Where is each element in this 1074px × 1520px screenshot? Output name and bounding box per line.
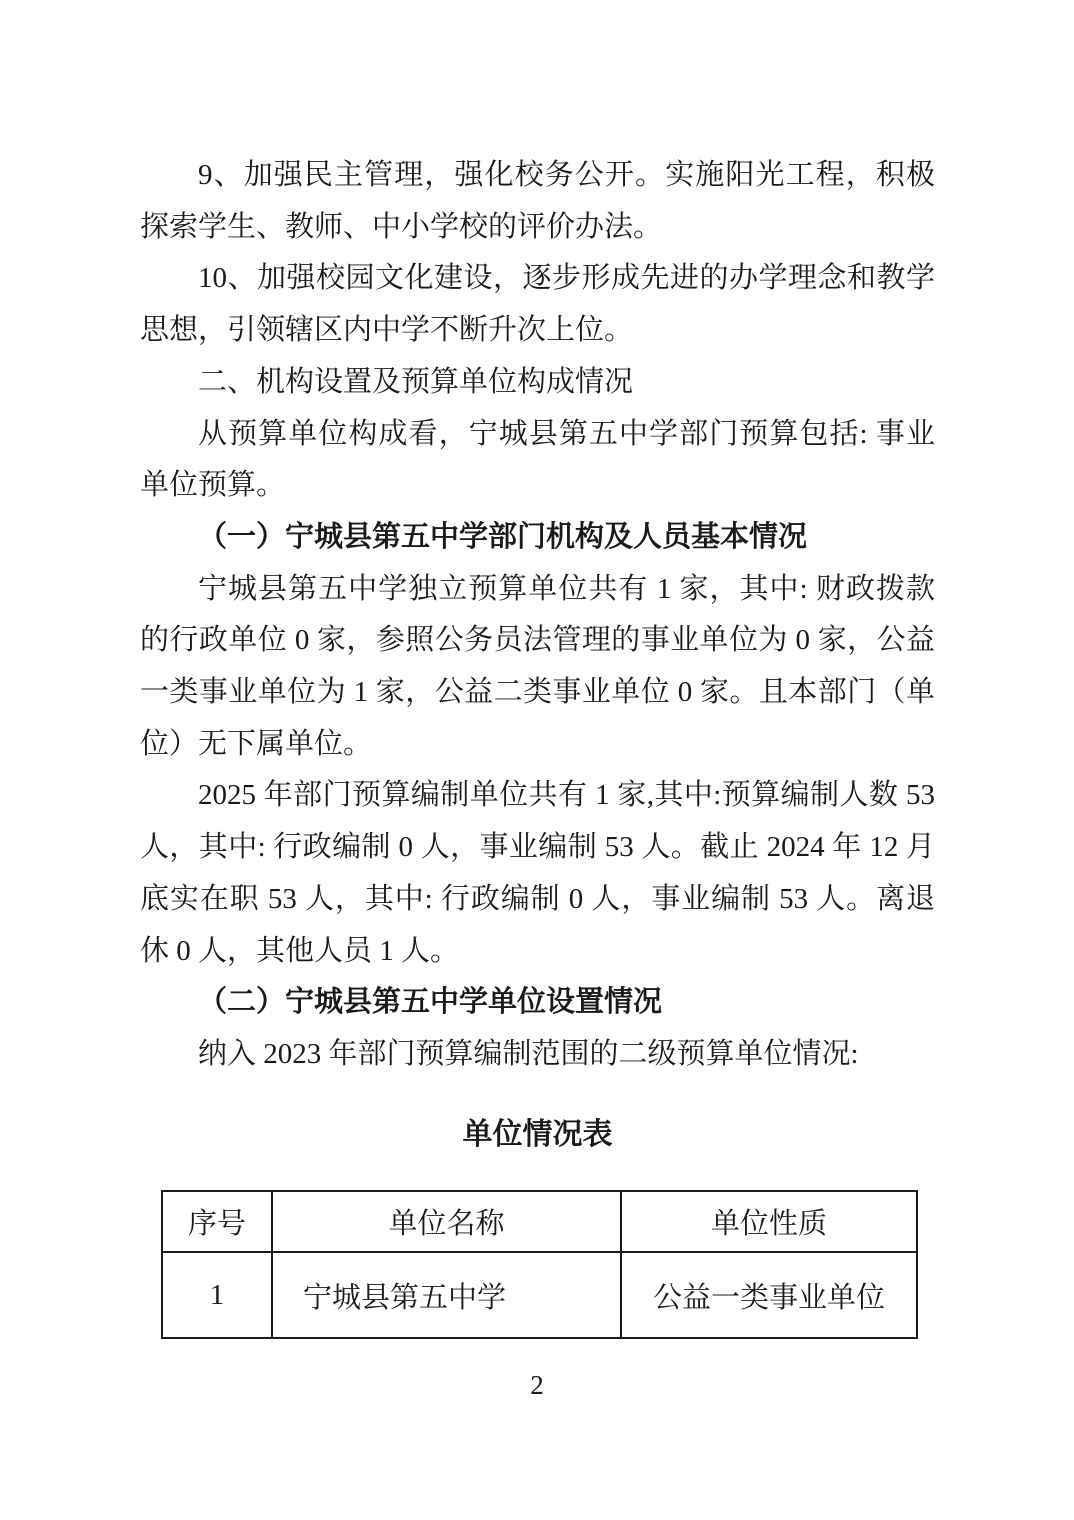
document-body: 9、加强民主管理，强化校务公开。实施阳光工程，积极探索学生、教师、中小学校的评价… [140, 150, 935, 1081]
table-header-row: 序号 单位名称 单位性质 [162, 1191, 917, 1252]
units-table: 序号 单位名称 单位性质 1 宁城县第五中学 公益一类事业单位 [161, 1190, 918, 1339]
col-header-unit-name: 单位名称 [272, 1191, 621, 1252]
subsection-heading-2-2: （二）宁城县第五中学单位设置情况 [140, 977, 935, 1029]
col-header-serial: 序号 [162, 1191, 272, 1252]
cell-serial: 1 [162, 1252, 272, 1338]
paragraph-item-9: 9、加强民主管理，强化校务公开。实施阳光工程，积极探索学生、教师、中小学校的评价… [140, 150, 935, 253]
paragraph-item-10: 10、加强校园文化建设，逐步形成先进的办学理念和教学思想，引领辖区内中学不断升次… [140, 253, 935, 356]
page-number: 2 [0, 1368, 1074, 1402]
section-heading-2: 二、机构设置及预算单位构成情况 [140, 357, 935, 409]
paragraph-second-level-units: 纳入 2023 年部门预算编制范围的二级预算单位情况: [140, 1029, 935, 1081]
cell-unit-type: 公益一类事业单位 [621, 1252, 917, 1338]
paragraph-budget-composition: 从预算单位构成看，宁城县第五中学部门预算包括: 事业单位预算。 [140, 409, 935, 512]
document-page: 9、加强民主管理，强化校务公开。实施阳光工程，积极探索学生、教师、中小学校的评价… [0, 0, 1074, 1520]
paragraph-staffing: 2025 年部门预算编制单位共有 1 家,其中:预算编制人数 53 人，其中: … [140, 770, 935, 977]
table-title: 单位情况表 [140, 1113, 935, 1157]
subsection-heading-2-1: （一）宁城县第五中学部门机构及人员基本情况 [140, 512, 935, 564]
paragraph-org-units: 宁城县第五中学独立预算单位共有 1 家，其中: 财政拨款的行政单位 0 家，参照… [140, 564, 935, 771]
table-row: 1 宁城县第五中学 公益一类事业单位 [162, 1252, 917, 1338]
cell-unit-name: 宁城县第五中学 [272, 1252, 621, 1338]
col-header-unit-type: 单位性质 [621, 1191, 917, 1252]
